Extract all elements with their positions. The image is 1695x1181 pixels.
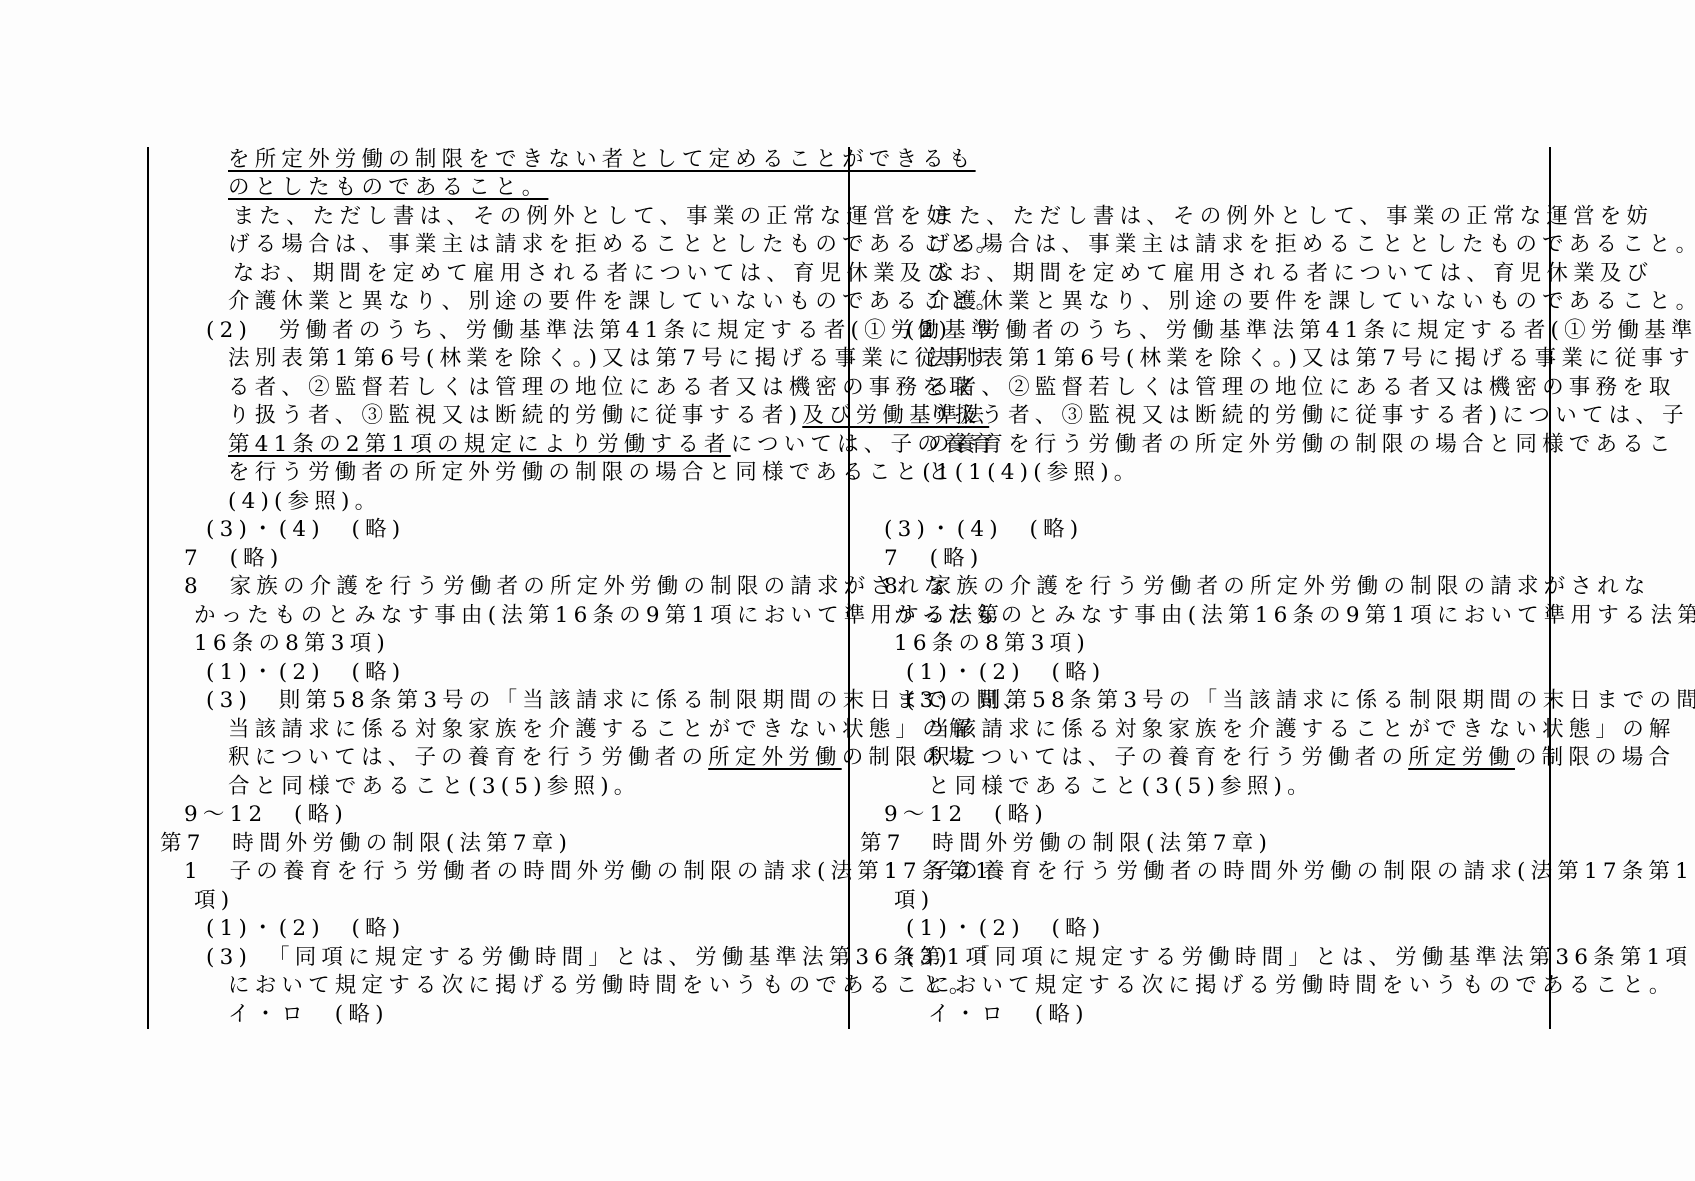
text-line: 8 家族の介護を行う労働者の所定外労働の制限の請求がされな (184, 573, 950, 601)
text-line: を行う労働者の所定外労働の制限の場合と同様であること(1 (228, 459, 955, 487)
text-line: 7 (略) (184, 545, 283, 573)
text-line: (3)・(4) (略) (206, 516, 405, 544)
text-line: (1)・(2) (略) (206, 915, 405, 943)
text-line: 法別表第1第6号(林業を除く。)又は第7号に掲げる事業に従事す (928, 345, 1695, 373)
text-line: (3) 「同項に規定する労働時間」とは、労働基準法第36条第1項 (906, 944, 1692, 972)
text-line: と同様であること(3(5)参照)。 (928, 773, 1314, 801)
text-line: り扱う者、③監視又は断続的労働に従事する者)及び労働基準法 (228, 402, 989, 430)
text-line: イ・ロ (略) (928, 1001, 1089, 1029)
text-line: 項) (194, 887, 234, 915)
text-line: 16条の8第3項) (194, 630, 390, 658)
text-line: げる場合は、事業主は請求を拒めることとしたものであること。 (228, 231, 1002, 259)
text-line: 介護休業と異なり、別途の要件を課していないものであること。 (228, 288, 1002, 316)
plain-text: 釈については、子の養育を行う労働者の (228, 745, 708, 770)
text-line: 16条の8第3項) (894, 630, 1090, 658)
text-line: かったものとみなす事由(法第16条の9第1項において準用する法第 (894, 602, 1695, 630)
plain-text: 釈については、子の養育を行う労働者の (928, 745, 1408, 770)
text-line: 8 家族の介護を行う労働者の所定外労働の制限の請求がされな (884, 573, 1650, 601)
text-line: 7 (略) (884, 545, 983, 573)
text-line: のとしたものであること。 (228, 174, 548, 202)
text-line: また、ただし書は、その例外として、事業の正常な運営を妨 (906, 203, 1653, 231)
text-line: る者、②監督若しくは管理の地位にある者又は機密の事務を取 (928, 374, 1676, 402)
text-line: (3) 則第58条第3号の「当該請求に係る制限期間の末日までの間、 (906, 687, 1695, 715)
text-line: において規定する次に掲げる労働時間をいうものであること。 (228, 972, 976, 1000)
text-line: り扱う者、③監視又は断続的労働に従事する者)については、子 (928, 402, 1689, 430)
text-line: を所定外労働の制限をできない者として定めることができるも (228, 146, 976, 174)
underlined-amendment: を所定外労働の制限をできない者として定めることができるも (228, 147, 976, 172)
text-line: と(1(4)(参照)。 (928, 459, 1141, 487)
text-line: 当該請求に係る対象家族を介護することができない状態」の解 (228, 716, 976, 744)
text-line: また、ただし書は、その例外として、事業の正常な運営を妨 (206, 203, 953, 231)
text-line: 当該請求に係る対象家族を介護することができない状態」の解 (928, 716, 1676, 744)
underlined-amendment: 所定外労働 (708, 745, 842, 770)
underlined-amendment: のとしたものであること。 (228, 175, 548, 200)
text-line: 第7 時間外労働の制限(法第7章) (160, 830, 572, 858)
text-line: 第7 時間外労働の制限(法第7章) (860, 830, 1272, 858)
text-line: において規定する次に掲げる労働時間をいうものであること。 (928, 972, 1676, 1000)
text-line: 介護休業と異なり、別途の要件を課していないものであること。 (928, 288, 1695, 316)
text-line: イ・ロ (略) (228, 1001, 389, 1029)
text-line: なお、期間を定めて雇用される者については、育児休業及び (206, 260, 953, 288)
plain-text: の制限の場合 (1515, 745, 1675, 770)
text-line: 釈については、子の養育を行う労働者の所定労働の制限の場合 (928, 744, 1675, 772)
text-line: なお、期間を定めて雇用される者については、育児休業及び (906, 260, 1653, 288)
plain-text: り扱う者、③監視又は断続的労働に従事する者) (228, 403, 802, 428)
underlined-amendment: 所定労働 (1408, 745, 1515, 770)
text-line: (2) 労働者のうち、労働基準法第41条に規定する者(①労働基準 (206, 317, 998, 345)
text-line: の養育を行う労働者の所定外労働の制限の場合と同様であるこ (928, 431, 1676, 459)
text-line: 1 子の養育を行う労働者の時間外労働の制限の請求(法第17条第1 (184, 858, 994, 886)
text-line: (4)(参照)。 (228, 488, 381, 516)
text-line: (1)・(2) (略) (906, 659, 1105, 687)
text-line: 法別表第1第6号(林業を除く。)又は第7号に掲げる事業に従事す (228, 345, 995, 373)
text-line: 項) (894, 887, 934, 915)
table-left-border (147, 147, 149, 1029)
text-line: 9～12 (略) (184, 801, 348, 829)
text-line: (3)・(4) (略) (884, 516, 1083, 544)
text-line: 合と同様であること(3(5)参照)。 (228, 773, 641, 801)
text-line: 9～12 (略) (884, 801, 1048, 829)
text-line: 1 子の養育を行う労働者の時間外労働の制限の請求(法第17条第1 (884, 858, 1694, 886)
text-line: 釈については、子の養育を行う労働者の所定外労働の制限の場 (228, 744, 975, 772)
text-line: げる場合は、事業主は請求を拒めることとしたものであること。 (928, 231, 1695, 259)
text-line: 第41条の2第1項の規定により労働する者については、子の養育 (228, 431, 997, 459)
text-line: (2) 労働者のうち、労働基準法第41条に規定する者(①労働基準 (906, 317, 1695, 345)
text-line: る者、②監督若しくは管理の地位にある者又は機密の事務を取 (228, 374, 976, 402)
underlined-amendment: 第41条の2第1項の規定により労働する者 (228, 432, 731, 457)
text-line: (3) 「同項に規定する労働時間」とは、労働基準法第36条第1項 (206, 944, 992, 972)
text-line: (1)・(2) (略) (906, 915, 1105, 943)
text-line: (1)・(2) (略) (206, 659, 405, 687)
text-line: かったものとみなす事由(法第16条の9第1項において準用する法第 (194, 602, 1004, 630)
